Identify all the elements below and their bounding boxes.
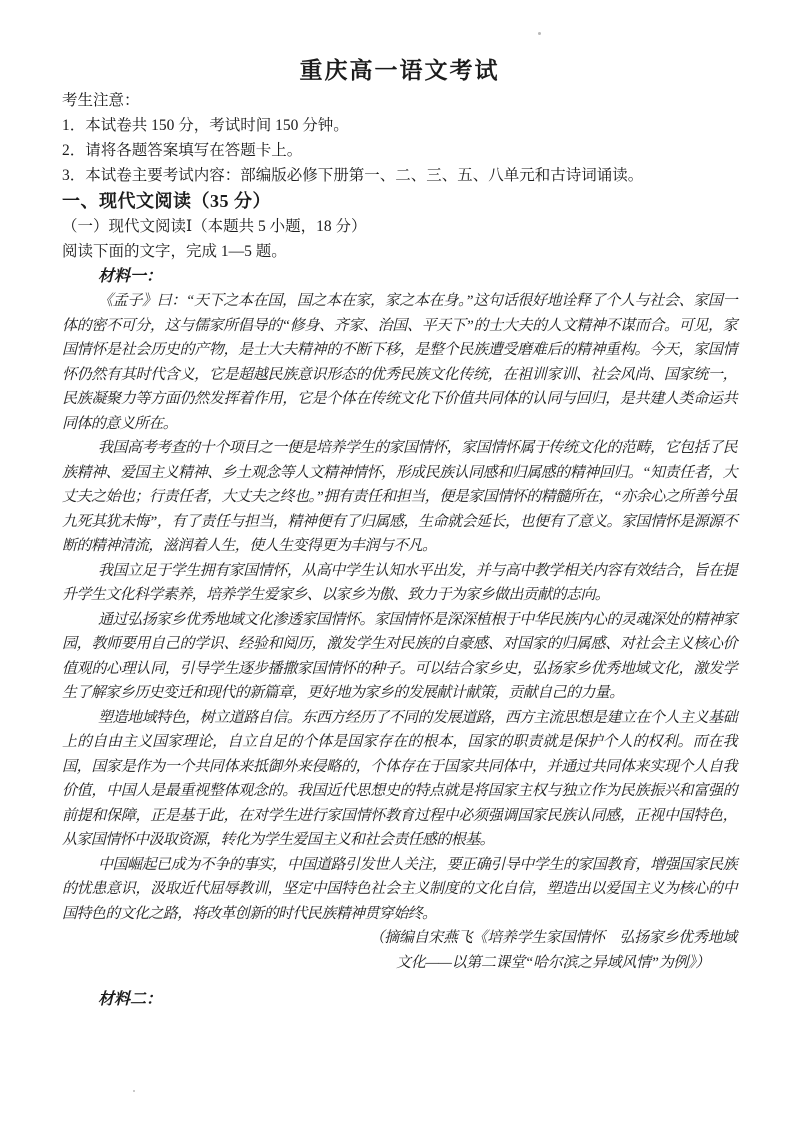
material-one-paragraph-2: 我国高考考查的十个项目之一便是培养学生的家国情怀，家国情怀属于传统文化的范畴，它… xyxy=(62,436,737,559)
notice-item-3: 3．本试卷主要考试内容：部编版必修下册第一、二、三、五、八单元和古诗词诵读。 xyxy=(62,163,737,188)
attribution-line-2: 文化——以第二课堂“哈尔滨之异域风情”为例》） xyxy=(62,951,737,976)
scan-artifact-dot xyxy=(538,32,541,35)
notice-block: 考生注意： 1．本试卷共 150 分，考试时间 150 分钟。 2．请将各题答案… xyxy=(62,88,737,188)
material-one-paragraph-3: 我国立足于学生拥有家国情怀，从高中学生认知水平出发，并与高中教学相关内容有效结合… xyxy=(62,559,737,608)
scan-artifact-dot xyxy=(133,1090,135,1092)
material-one-paragraph-4: 通过弘扬家乡优秀地域文化渗透家国情怀。家国情怀是深深植根于中华民族内心的灵魂深处… xyxy=(62,608,737,706)
attribution-line-1: （摘编自宋燕飞《培养学生家国情怀 弘扬家乡优秀地域 xyxy=(62,926,737,951)
notice-item-1: 1．本试卷共 150 分，考试时间 150 分钟。 xyxy=(62,113,737,138)
section-one-heading: 一、现代文阅读（35 分） xyxy=(62,188,737,214)
material-one-paragraph-1: 《孟子》曰：“天下之本在国，国之本在家，家之本在身。”这句话很好地诠释了个人与社… xyxy=(62,289,737,436)
exam-title: 重庆高一语文考试 xyxy=(62,54,737,88)
material-one-label: 材料一： xyxy=(62,264,737,289)
reading-instruction: 阅读下面的文字，完成 1—5 题。 xyxy=(62,239,737,264)
material-one-paragraph-5: 塑造地域特色，树立道路自信。东西方经历了不同的发展道路，西方主流思想是建立在个人… xyxy=(62,706,737,853)
material-one-paragraph-6: 中国崛起已成为不争的事实，中国道路引发世人关注，要正确引导中学生的家国教育，增强… xyxy=(62,853,737,927)
notice-item-2: 2．请将各题答案填写在答题卡上。 xyxy=(62,138,737,163)
material-two-label: 材料二： xyxy=(62,987,737,1012)
material-one-attribution: （摘编自宋燕飞《培养学生家国情怀 弘扬家乡优秀地域 文化——以第二课堂“哈尔滨之… xyxy=(62,926,737,975)
subsection-one-heading: （一）现代文阅读Ⅰ（本题共 5 小题，18 分） xyxy=(62,214,737,239)
exam-document-page: 重庆高一语文考试 考生注意： 1．本试卷共 150 分，考试时间 150 分钟。… xyxy=(0,0,793,1122)
page-content: 重庆高一语文考试 考生注意： 1．本试卷共 150 分，考试时间 150 分钟。… xyxy=(62,54,737,1012)
notice-heading: 考生注意： xyxy=(62,88,737,113)
